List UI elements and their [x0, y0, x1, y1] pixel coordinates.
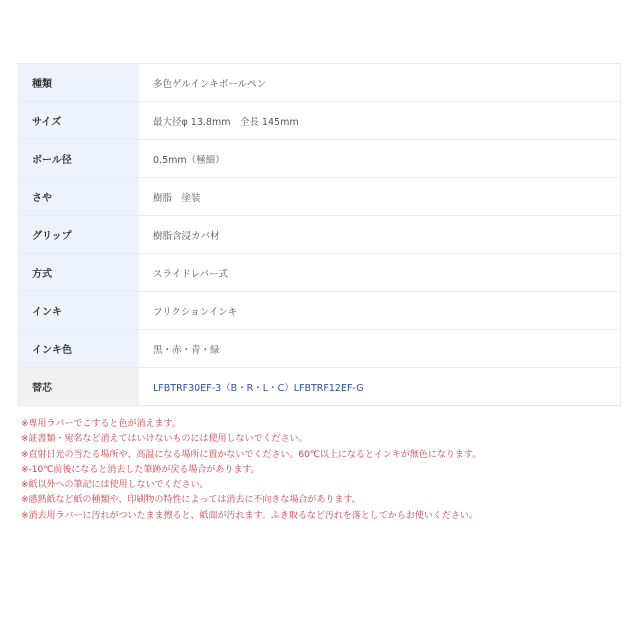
row-value: フリクションインキ	[139, 292, 621, 330]
table-row-grip: グリップ 樹脂含浸カバ材	[17, 216, 621, 254]
caution-notes: ※専用ラバーでこすると色が消えます。 ※証書類・宛名など消えてはいけないものには…	[21, 417, 621, 524]
table-row-cap: さや 樹脂 塗装	[17, 178, 621, 216]
note-item: ※紙以外への筆記には使用しないでください。	[21, 478, 621, 493]
table-row-mechanism: 方式 スライドレバー式	[17, 254, 621, 292]
row-value: 樹脂 塗装	[139, 178, 621, 216]
row-value: 0.5mm（極細）	[139, 140, 621, 178]
table-row-ink-colors: インキ色 黒・赤・青・緑	[17, 330, 621, 368]
note-item: ※消去用ラバーに汚れがついたまま擦ると、紙面が汚れます。ふき取るなど汚れを落とし…	[21, 509, 621, 524]
row-label: ボール径	[17, 140, 139, 178]
table-row-type: 種類 多色ゲルインキボールペン	[17, 64, 621, 102]
refill-link[interactable]: LFBTRF30EF-3（B・R・L・C）LFBTRF12EF-G	[139, 368, 621, 406]
note-item: ※専用ラバーでこすると色が消えます。	[21, 417, 621, 432]
note-item: ※直射日光の当たる場所や、高温になる場所に置かないでください。60℃以上になると…	[21, 448, 621, 463]
spec-table: 種類 多色ゲルインキボールペン サイズ 最大径φ 13.8mm 全長 145mm…	[17, 63, 621, 406]
row-label: インキ	[17, 292, 139, 330]
table-row-refill: 替芯 LFBTRF30EF-3（B・R・L・C）LFBTRF12EF-G	[17, 368, 621, 406]
table-row-ink: インキ フリクションインキ	[17, 292, 621, 330]
table-row-size: サイズ 最大径φ 13.8mm 全長 145mm	[17, 102, 621, 140]
note-item: ※証書類・宛名など消えてはいけないものには使用しないでください。	[21, 432, 621, 447]
note-item: ※-10℃前後になると消去した筆跡が戻る場合があります。	[21, 463, 621, 478]
row-value: 多色ゲルインキボールペン	[139, 64, 621, 102]
row-label: 方式	[17, 254, 139, 292]
row-label: さや	[17, 178, 139, 216]
row-value: 最大径φ 13.8mm 全長 145mm	[139, 102, 621, 140]
row-label: 種類	[17, 64, 139, 102]
row-value: 黒・赤・青・緑	[139, 330, 621, 368]
row-label: グリップ	[17, 216, 139, 254]
note-item: ※感熱紙など紙の種類や、印刷物の特性によっては消去に不向きな場合があります。	[21, 493, 621, 508]
row-label: インキ色	[17, 330, 139, 368]
row-label: サイズ	[17, 102, 139, 140]
row-label: 替芯	[17, 368, 139, 406]
row-value: 樹脂含浸カバ材	[139, 216, 621, 254]
row-value: スライドレバー式	[139, 254, 621, 292]
table-row-ball-diameter: ボール径 0.5mm（極細）	[17, 140, 621, 178]
